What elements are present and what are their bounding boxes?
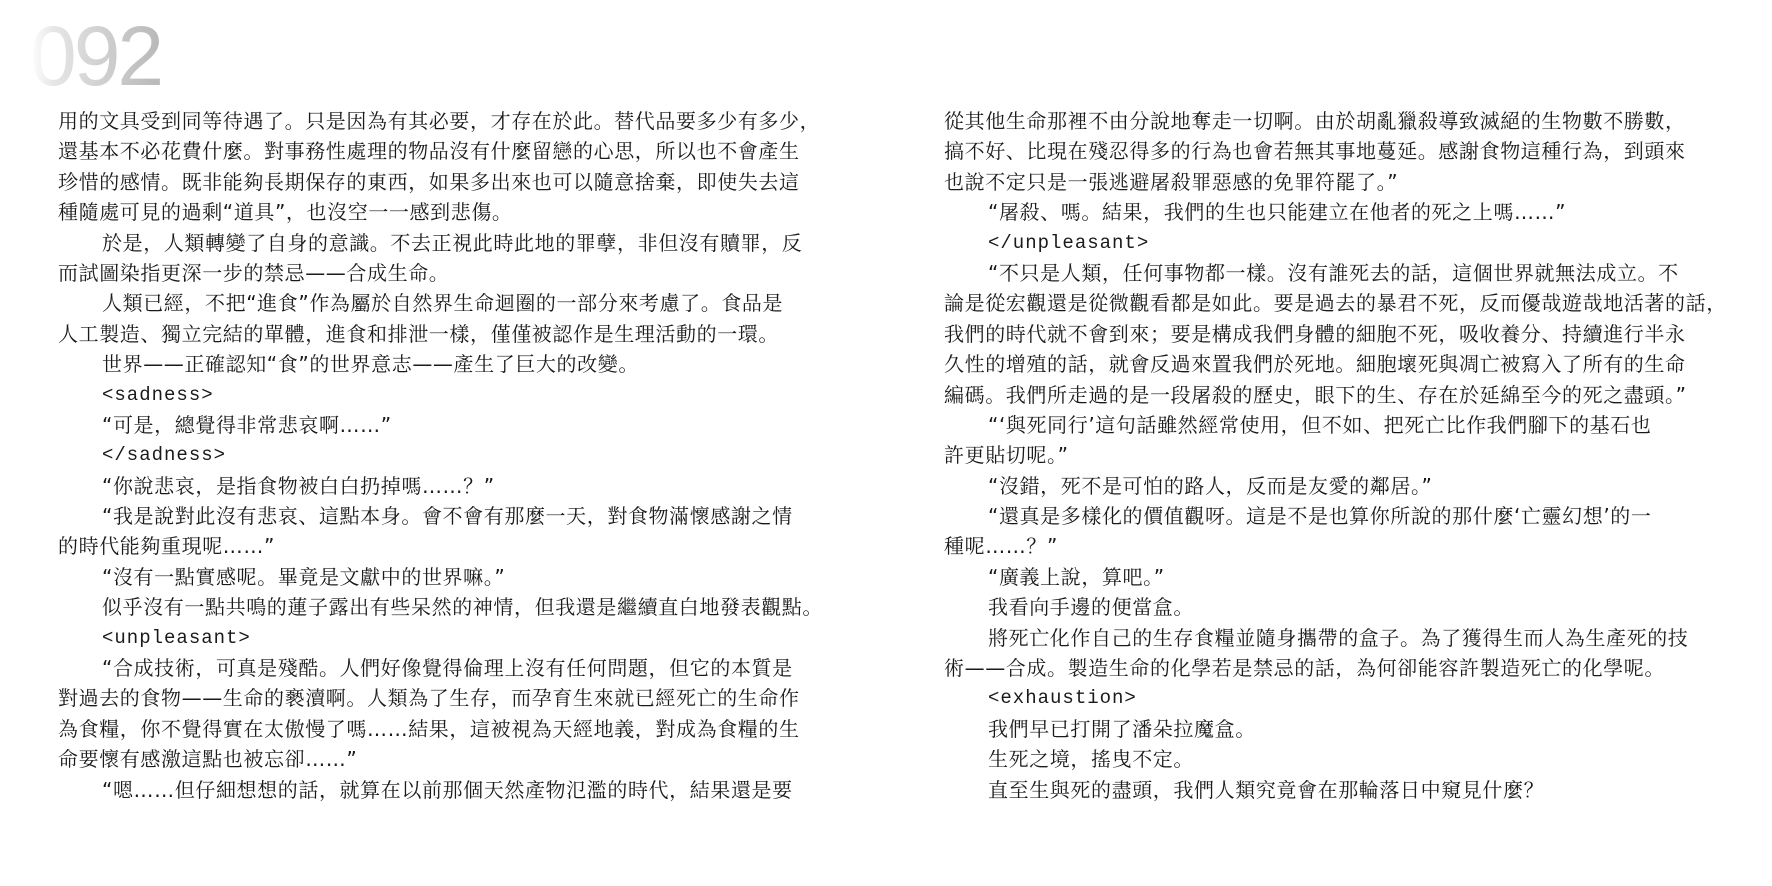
- text-line: 珍惜的感情。既非能夠長期保存的東西，如果多出來也可以隨意捨棄，即使失去這: [58, 167, 848, 197]
- text-line: 編碼。我們所走過的是一段屠殺的歷史，眼下的生、存在於延綿至今的死之盡頭。”: [944, 380, 1734, 410]
- text-line: 許更貼切呢。”: [944, 440, 1734, 470]
- text-line: 我們的時代就不會到來；要是構成我們身體的細胞不死，吸收養分、持續進行半永: [944, 319, 1734, 349]
- text-line: 我們早已打開了潘朵拉魔盒。: [944, 714, 1734, 744]
- text-line: 人工製造、獨立完結的單體，進食和排泄一樣，僅僅被認作是生理活動的一環。: [58, 319, 848, 349]
- text-line: 論是從宏觀還是從微觀看都是如此。要是過去的暴君不死，反而優哉遊哉地活著的話，: [944, 288, 1734, 318]
- text-line: 搞不好、比現在殘忍得多的行為也會若無其事地蔓延。感謝食物這種行為，到頭來: [944, 136, 1734, 166]
- text-line: “‘與死同行’這句話雖然經常使用，但不如、把死亡比作我們腳下的基石也: [944, 410, 1734, 440]
- page-number: 092: [30, 14, 161, 98]
- text-line: “合成技術，可真是殘酷。人們好像覺得倫理上沒有任何問題，但它的本質是: [58, 653, 848, 683]
- text-line: “不只是人類，任何事物都一樣。沒有誰死去的話，這個世界就無法成立。不: [944, 258, 1734, 288]
- text-line: “還真是多樣化的價值觀呀。這是不是也算你所說的那什麼‘亡靈幻想’的一: [944, 501, 1734, 531]
- emotion-tag-line: <sadness>: [58, 380, 848, 410]
- right-column-text: 從其他生命那裡不由分說地奪走一切啊。由於胡亂獵殺導致滅絕的生物數不勝數，搞不好、…: [944, 106, 1734, 805]
- text-line: 從其他生命那裡不由分說地奪走一切啊。由於胡亂獵殺導致滅絕的生物數不勝數，: [944, 106, 1734, 136]
- emotion-tag-line: </sadness>: [58, 440, 848, 470]
- text-line: 用的文具受到同等待遇了。只是因為有其必要，才存在於此。替代品要多少有多少，: [58, 106, 848, 136]
- text-line: 人類已經，不把“進食”作為屬於自然界生命迴圈的一部分來考慮了。食品是: [58, 288, 848, 318]
- emotion-tag-line: </unpleasant>: [944, 228, 1734, 258]
- text-line: 而試圖染指更深一步的禁忌——合成生命。: [58, 258, 848, 288]
- text-line: 命要懷有感激這點也被忘卻……”: [58, 744, 848, 774]
- text-line: “嗯……但仔細想想的話，就算在以前那個天然產物氾濫的時代，結果還是要: [58, 775, 848, 805]
- left-column-text: 用的文具受到同等待遇了。只是因為有其必要，才存在於此。替代品要多少有多少，還基本…: [58, 106, 848, 805]
- text-line: 將死亡化作自己的生存食糧並隨身攜帶的盒子。為了獲得生而人為生產死的技: [944, 623, 1734, 653]
- text-line: 術——合成。製造生命的化學若是禁忌的話，為何卻能容許製造死亡的化學呢。: [944, 653, 1734, 683]
- text-line: 直至生與死的盡頭，我們人類究竟會在那輪落日中窺見什麼？: [944, 775, 1734, 805]
- text-line: “廣義上說，算吧。”: [944, 562, 1734, 592]
- text-line: “可是，總覺得非常悲哀啊……”: [58, 410, 848, 440]
- text-line: “我是說對此沒有悲哀、這點本身。會不會有那麼一天，對食物滿懷感謝之情: [58, 501, 848, 531]
- text-line: 世界——正確認知“食”的世界意志——產生了巨大的改變。: [58, 349, 848, 379]
- text-line: 生死之境，搖曳不定。: [944, 744, 1734, 774]
- text-line: 種隨處可見的過剩“道具”，也沒空一一感到悲傷。: [58, 197, 848, 227]
- text-line: “你說悲哀，是指食物被白白扔掉嗎……？”: [58, 471, 848, 501]
- text-line: 我看向手邊的便當盒。: [944, 592, 1734, 622]
- text-line: “屠殺、嗎。結果，我們的生也只能建立在他者的死之上嗎……”: [944, 197, 1734, 227]
- text-line: 種呢……？”: [944, 531, 1734, 561]
- text-line: “沒錯，死不是可怕的路人，反而是友愛的鄰居。”: [944, 471, 1734, 501]
- text-line: 還基本不必花費什麼。對事務性處理的物品沒有什麼留戀的心思，所以也不會產生: [58, 136, 848, 166]
- text-line: 久性的增殖的話，就會反過來置我們於死地。細胞壞死與凋亡被寫入了所有的生命: [944, 349, 1734, 379]
- text-line: 的時代能夠重現呢……”: [58, 531, 848, 561]
- text-line: 為食糧，你不覺得實在太傲慢了嗎……結果，這被視為天經地義，對成為食糧的生: [58, 714, 848, 744]
- emotion-tag-line: <exhaustion>: [944, 683, 1734, 713]
- text-line: 於是，人類轉變了自身的意識。不去正視此時此地的罪孽，非但沒有贖罪，反: [58, 228, 848, 258]
- text-line: 對過去的食物——生命的褻瀆啊。人類為了生存，而孕育生來就已經死亡的生命作: [58, 683, 848, 713]
- text-line: “沒有一點實感呢。畢竟是文獻中的世界嘛。”: [58, 562, 848, 592]
- text-line: 似乎沒有一點共鳴的蓮子露出有些呆然的神情，但我還是繼續直白地發表觀點。: [58, 592, 848, 622]
- text-line: 也說不定只是一張逃避屠殺罪惡感的免罪符罷了。”: [944, 167, 1734, 197]
- emotion-tag-line: <unpleasant>: [58, 623, 848, 653]
